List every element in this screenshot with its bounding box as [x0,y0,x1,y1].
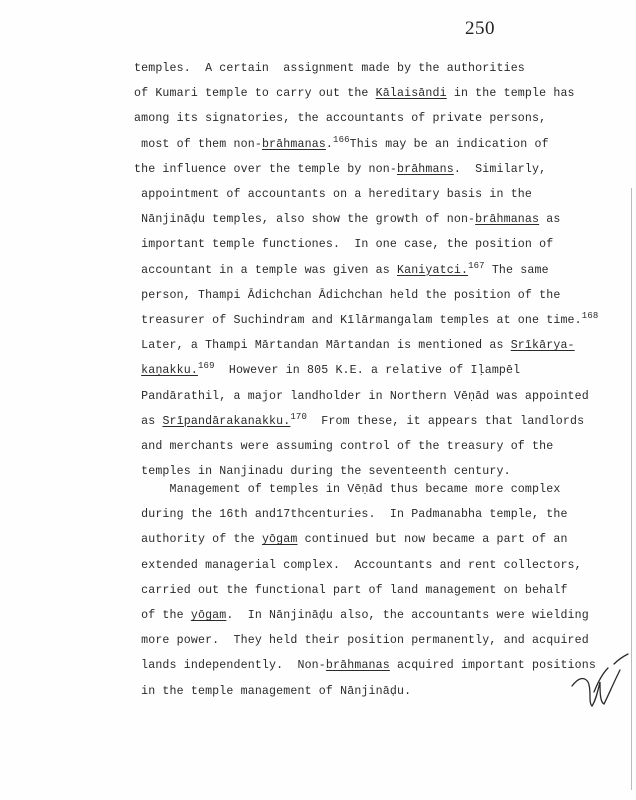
text-run: in the temple management of Nānjināḍu. [134,685,411,698]
underlined-term: Kaniyatci. [397,264,468,277]
text-run: This may be an indication of [350,138,549,151]
text-run: Pandārathil, a major landholder in North… [134,390,589,403]
text-line: the influence over the temple by non-brā… [134,163,546,176]
footnote-ref: 169 [198,361,215,371]
underlined-term: brāhmanas [475,213,539,226]
text-run: temples. A certain assignment made by th… [134,62,525,75]
text-line: important temple functiones. In one case… [134,238,553,251]
text-run: of Kumari temple to carry out the [134,87,376,100]
underlined-term: Srīkārya- [511,339,575,352]
underlined-term: Srīpandārakanakku. [162,415,290,428]
text-run: as [134,415,162,428]
underlined-term: yōgam [191,609,227,622]
text-run: . [326,138,333,151]
text-line: Later, a Thampi Mārtandan Mārtandan is m… [134,339,575,352]
text-run: as [539,213,560,226]
text-run: However in 805 K.E. a relative of Iḷampē… [215,364,521,377]
text-line: in the temple management of Nānjināḍu. [134,685,411,698]
underlined-term: kaṇakku. [141,364,198,377]
text-line: more power. They held their position per… [134,634,589,647]
text-line: of the yōgam. In Nānjināḍu also, the acc… [134,609,589,622]
text-line: carried out the functional part of land … [134,584,568,597]
underlined-term: Kālaisāndi [376,87,447,100]
footnote-ref: 168 [582,311,599,321]
text-run: . In Nānjināḍu also, the accountants wer… [226,609,588,622]
text-line: as Srīpandārakanakku.170 From these, it … [134,415,584,428]
text-run: among its signatories, the accountants o… [134,112,546,125]
text-run: accountant in a temple was given as [134,264,397,277]
text-run: during the 16th and17thcenturies. In Pad… [134,508,568,521]
text-line: kaṇakku.169 However in 805 K.E. a relati… [134,364,520,377]
text-line: Nānjināḍu temples, also show the growth … [134,213,560,226]
text-line: Pandārathil, a major landholder in North… [134,390,589,403]
text-run: of the [134,609,191,622]
text-line: accountant in a temple was given as Kani… [134,264,549,277]
underlined-term: brāhmans [397,163,454,176]
text-run: authority of the [134,533,262,546]
underlined-term: yōgam [262,533,298,546]
footnote-ref: 167 [468,261,485,271]
text-run: most of them non- [134,138,262,151]
text-line: person, Thampi Ādichchan Ādichchan held … [134,289,560,302]
text-run: Management of temples in Vēṇād thus beca… [134,483,560,496]
underlined-term: brāhmanas [262,138,326,151]
text-run: continued but now became a part of an [297,533,567,546]
document-page: 250 temples. A certain assignment made b… [0,0,636,800]
text-line: among its signatories, the accountants o… [134,112,546,125]
margin-rule [631,188,632,790]
text-run: Nānjināḍu temples, also show the growth … [134,213,475,226]
text-run: acquired important positions [390,659,596,672]
text-run: important temple functiones. In one case… [134,238,553,251]
text-run: . Similarly, [454,163,546,176]
text-run: appointment of accountants on a heredita… [134,188,532,201]
footnote-ref: 170 [290,412,307,422]
text-run: lands independently. Non- [134,659,326,672]
text-line: most of them non-brāhmanas.166This may b… [134,138,549,151]
text-run: the influence over the temple by non- [134,163,397,176]
signature-icon [568,652,630,710]
text-line: of Kumari temple to carry out the Kālais… [134,87,575,100]
text-line: and merchants were assuming control of t… [134,440,553,453]
text-line: temples in Nanjinadu during the seventee… [134,465,511,478]
text-line: Management of temples in Vēṇād thus beca… [134,483,560,496]
text-line: temples. A certain assignment made by th… [134,62,525,75]
text-run: extended managerial complex. Accountants… [134,559,582,572]
text-run: The same [485,264,549,277]
text-line: lands independently. Non-brāhmanas acqui… [134,659,596,672]
text-run: person, Thampi Ādichchan Ādichchan held … [134,289,560,302]
text-line: during the 16th and17thcenturies. In Pad… [134,508,568,521]
text-line: authority of the yōgam continued but now… [134,533,568,546]
text-run: carried out the functional part of land … [134,584,568,597]
text-line: treasurer of Suchindram and Kīlārmangala… [134,314,598,327]
underlined-term: brāhmanas [326,659,390,672]
text-run: temples in Nanjinadu during the seventee… [134,465,511,478]
text-line: appointment of accountants on a heredita… [134,188,532,201]
text-run: and merchants were assuming control of t… [134,440,553,453]
footnote-ref: 166 [333,135,350,145]
text-run: more power. They held their position per… [134,634,589,647]
text-run: treasurer of Suchindram and Kīlārmangala… [134,314,582,327]
text-run: in the temple has [447,87,575,100]
text-line: extended managerial complex. Accountants… [134,559,582,572]
text-run: From these, it appears that landlords [307,415,584,428]
page-number: 250 [465,18,495,40]
text-run: Later, a Thampi Mārtandan Mārtandan is m… [134,339,511,352]
